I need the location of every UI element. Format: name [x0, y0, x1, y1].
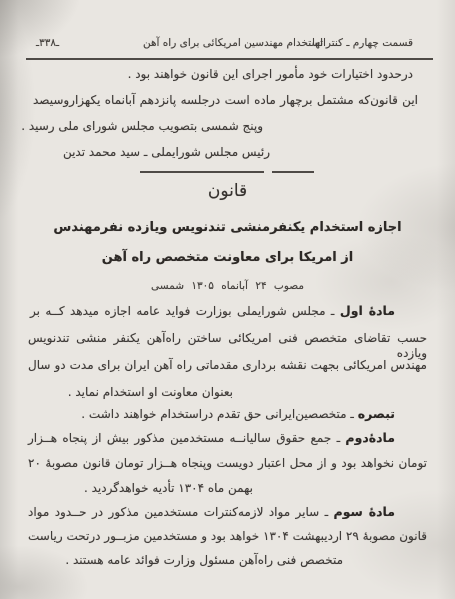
article-1-line-1-text: مجلس شورایملی بوزارت فواید عامه اجازه می… — [30, 304, 326, 318]
article-2-label: مادهٔ‌دوم — [345, 430, 395, 445]
law-subtitle-line-2: از امریکا برای معاونت متخصص راه آهن — [0, 250, 455, 266]
article-1-line-3: مهندس امریکائی بجهت نقشه برداری مقدماتی … — [28, 358, 427, 373]
header-page-number: ـ۳۳۸ـ — [36, 37, 59, 50]
article-3-line-1-text: سایر مواد لازمه‌کنترات مستخدمین مذکور در… — [28, 505, 319, 519]
note-text: متخصصین‌ایرانی حق تقدم دراستخدام خواهند … — [81, 407, 346, 421]
header-section-label: قسمت چهارم ـ کنتراتها — [312, 37, 413, 50]
article-1-separator: ـ — [326, 304, 340, 318]
article-2-line-1: مادهٔ‌دوم ـ جمع حقوق سالیانــه مستخدمین … — [28, 430, 425, 446]
article-2-line-2: تومان نخواهد بود و از محل اعتبار دویست و… — [28, 456, 427, 471]
article-1-line-2: حسب تقاضای متخصص فنی امریکائی ساختن راه‌… — [28, 331, 427, 361]
divider-segment-short — [272, 171, 314, 173]
article-3-label: مادهٔ سوم — [334, 504, 395, 519]
article-1-line-4: بعنوان معاونت او استخدام نماید . — [68, 385, 233, 400]
article-3-line-1: مادهٔ سوم ـ سایر مواد لازمه‌کنترات مستخد… — [28, 504, 425, 520]
preamble-line-2: این قانون‌که مشتمل برچهار ماده است درجلس… — [33, 93, 418, 108]
article-3-line-2: قانون مصوبهٔ ۲۹ اردیبهشت ۱۳۰۴ خواهد بود … — [28, 529, 427, 544]
note-label: تبصره — [358, 406, 395, 421]
article-2-separator: ـ — [331, 431, 345, 445]
article-1-label: مادهٔ اول — [340, 303, 395, 318]
article-3-line-3: متخصص فنی راه‌آهن مسئول وزارت فوائد عامه… — [65, 553, 343, 568]
preamble-line-3: وپنج شمسی بتصویب مجلس شورای ملی رسید . — [21, 119, 263, 134]
law-approval-date: مصوب ۲۴ آبانماه ۱۳۰۵ شمسی — [0, 280, 455, 293]
note-separator: ـ — [347, 407, 358, 421]
signature-line: رئیس مجلس شورایملی ـ سید محمد تدین — [63, 145, 270, 160]
header-subject-label: استخدام مهندسین امریکائی برای راه آهن — [143, 37, 323, 50]
header-rule — [26, 58, 433, 60]
law-subtitle-line-1: اجازه استخدام یکنفرمنشی تندنویس ویازده ن… — [0, 220, 455, 236]
article-2-line-3: بهمن ماه ۱۳۰۴ تأدیه خواهدگردید . — [84, 481, 253, 496]
preamble-line-1: درحدود اختیارات خود مأمور اجرای این قانو… — [128, 67, 413, 82]
divider-segment-long — [140, 171, 264, 173]
note-line: تبصره ـ متخصصین‌ایرانی حق تقدم دراستخدام… — [81, 406, 395, 422]
law-title: قانون — [0, 181, 455, 202]
scanned-document-page: قسمت چهارم ـ کنتراتها استخدام مهندسین ام… — [0, 0, 455, 599]
article-1-line-1: مادهٔ اول ـ مجلس شورایملی بوزارت فواید ع… — [30, 303, 425, 319]
article-2-line-1-text: جمع حقوق سالیانــه مستخدمین مذکور بیش از… — [28, 431, 331, 445]
article-3-separator: ـ — [319, 505, 333, 519]
